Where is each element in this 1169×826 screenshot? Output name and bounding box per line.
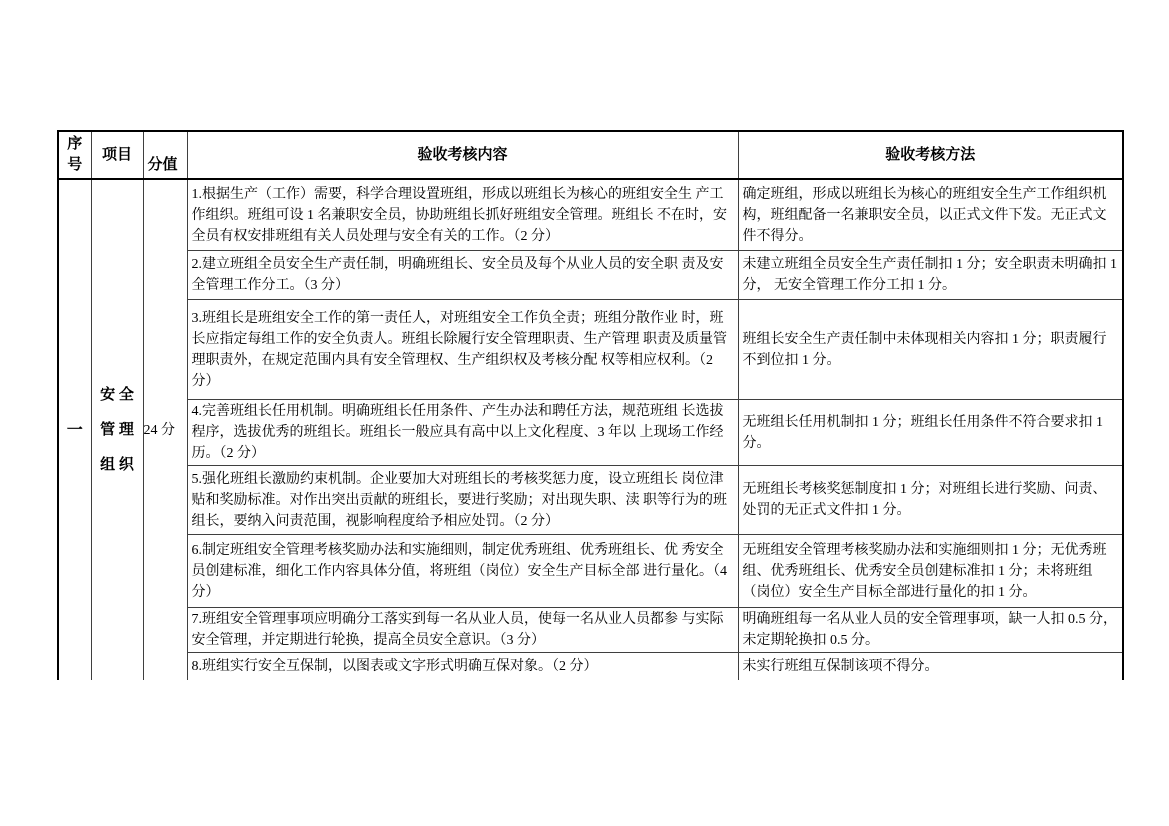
header-item: 项目 (91, 131, 143, 179)
row-content: 1.根据生产（工作）需要，科学合理设置班组，形成以班组长为核心的班组安全生 产工… (187, 179, 738, 251)
row-method: 确定班组，形成以班组长为核心的班组安全生产工作组织机构，班组配备一名兼职安全员，… (738, 179, 1123, 251)
group-item: 安 全 管 理 组 织 (91, 179, 143, 680)
assessment-table: 序号 项目 分值 验收考核内容 验收考核方法 一 安 全 管 理 组 织 24 … (57, 130, 1124, 680)
table-row: 一 安 全 管 理 组 织 24 分 1.根据生产（工作）需要，科学合理设置班组… (58, 179, 1123, 251)
group-index: 一 (58, 179, 91, 680)
header-method: 验收考核方法 (738, 131, 1123, 179)
row-content: 8.班组实行安全互保制，以图表或文字形式明确互保对象。（2 分） (187, 653, 738, 681)
row-method: 班组长安全生产责任制中未体现相关内容扣 1 分；职责履行不到位扣 1 分。 (738, 300, 1123, 400)
table-row: 5.强化班组长激励约束机制。企业要加大对班组长的考核奖惩力度，设立班组长 岗位津… (58, 466, 1123, 535)
row-method: 明确班组每一名从业人员的安全管理事项，缺一人扣 0.5 分，未定期轮换扣 0.5… (738, 608, 1123, 653)
row-method: 未建立班组全员安全生产责任制扣 1 分；安全职责未明确扣 1 分， 无安全管理工… (738, 251, 1123, 300)
header-content: 验收考核内容 (187, 131, 738, 179)
row-content: 2.建立班组全员安全生产责任制，明确班组长、安全员及每个从业人员的安全职 责及安… (187, 251, 738, 300)
row-content: 5.强化班组长激励约束机制。企业要加大对班组长的考核奖惩力度，设立班组长 岗位津… (187, 466, 738, 535)
row-content: 3.班组长是班组安全工作的第一责任人，对班组安全工作负全责；班组分散作业 时，班… (187, 300, 738, 400)
table-header-row: 序号 项目 分值 验收考核内容 验收考核方法 (58, 131, 1123, 179)
row-content: 6.制定班组安全管理考核奖励办法和实施细则，制定优秀班组、优秀班组长、优 秀安全… (187, 535, 738, 608)
header-index: 序号 (58, 131, 91, 179)
table-row: 6.制定班组安全管理考核奖励办法和实施细则，制定优秀班组、优秀班组长、优 秀安全… (58, 535, 1123, 608)
table-row: 2.建立班组全员安全生产责任制，明确班组长、安全员及每个从业人员的安全职 责及安… (58, 251, 1123, 300)
header-score: 分值 (143, 131, 187, 179)
table-row: 4.完善班组长任用机制。明确班组长任用条件、产生办法和聘任方法，规范班组 长选拔… (58, 400, 1123, 466)
row-method: 无班组长任用机制扣 1 分；班组长任用条件不符合要求扣 1 分。 (738, 400, 1123, 466)
document-page: 序号 项目 分值 验收考核内容 验收考核方法 一 安 全 管 理 组 织 24 … (0, 0, 1169, 826)
table-row: 8.班组实行安全互保制，以图表或文字形式明确互保对象。（2 分） 未实行班组互保… (58, 653, 1123, 681)
group-score: 24 分 (143, 179, 187, 680)
row-content: 4.完善班组长任用机制。明确班组长任用条件、产生办法和聘任方法，规范班组 长选拔… (187, 400, 738, 466)
table-row: 3.班组长是班组安全工作的第一责任人，对班组安全工作负全责；班组分散作业 时，班… (58, 300, 1123, 400)
row-content: 7.班组安全管理事项应明确分工落实到每一名从业人员，使每一名从业人员都参 与实际… (187, 608, 738, 653)
row-method: 未实行班组互保制该项不得分。 (738, 653, 1123, 681)
table-row: 7.班组安全管理事项应明确分工落实到每一名从业人员，使每一名从业人员都参 与实际… (58, 608, 1123, 653)
row-method: 无班组长考核奖惩制度扣 1 分；对班组长进行奖励、问责、处罚的无正式文件扣 1 … (738, 466, 1123, 535)
row-method: 无班组安全管理考核奖励办法和实施细则扣 1 分；无优秀班组、优秀班组长、优秀安全… (738, 535, 1123, 608)
